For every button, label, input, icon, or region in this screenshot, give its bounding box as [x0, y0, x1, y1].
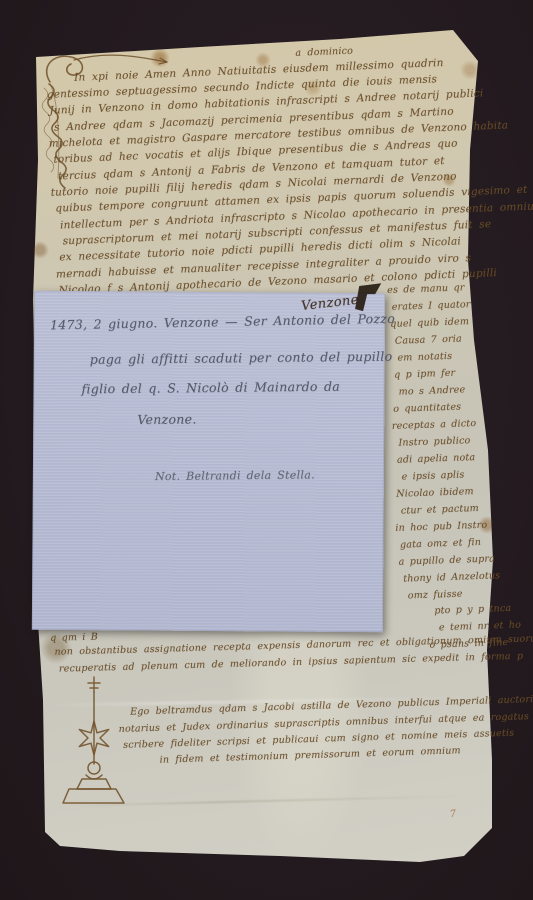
notary-sign-icon — [56, 676, 132, 804]
photograph-of-parchment-document: a dominico In xpi noie Amen Anno Natiuit… — [0, 0, 533, 900]
manuscript-line: q qm i B — [50, 633, 98, 645]
note-signature: Not. Beltrandi dela Stella. — [155, 469, 315, 482]
folio-number: 7 — [449, 810, 457, 821]
note-body-line: figlio del q. S. Nicolò di Mainardo da — [81, 381, 340, 396]
margin-fragment: pto p y p tnca — [434, 604, 511, 617]
margin-fragment: e ipsis aplis — [402, 470, 465, 483]
margin-fragment: omz fuisse — [408, 590, 463, 602]
margin-fragment: em notatis — [397, 352, 452, 364]
margin-fragment: e temi nr et ho — [439, 621, 521, 634]
note-date-line: 1473, 2 giugno. Venzone — Ser Antonio de… — [50, 313, 395, 332]
archivist-note-slip: Venzone 1473, 2 giugno. Venzone — Ser An… — [32, 291, 385, 632]
note-body-line: Venzone. — [137, 413, 196, 426]
ink-blot-icon — [350, 281, 386, 313]
note-body-line: paga gli affitti scaduti per conto del p… — [90, 351, 393, 367]
margin-fragment: q p ipm fer — [394, 369, 456, 382]
